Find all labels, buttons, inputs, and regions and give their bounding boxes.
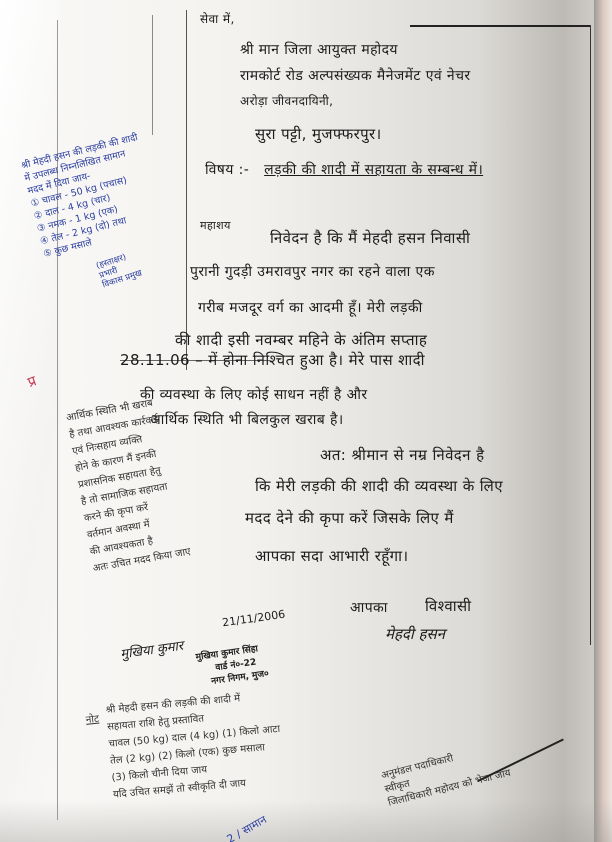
body-line-4: की शादी इसी नवम्बर महिने के अंतिम सप्ताह xyxy=(175,330,427,350)
margin-rule-top xyxy=(152,15,153,135)
salutation-to: सेवा में, xyxy=(200,10,235,27)
subject-line: विषय :- लड़की की शादी में सहायता के सम्ब… xyxy=(205,160,483,179)
applicant-signature: मेहदी हसन xyxy=(385,624,445,644)
body-line-7: आर्थिक स्थिति भी बिलकुल खराब है। xyxy=(150,410,344,429)
subject-text: लड़की की शादी में सहायता के सम्बन्ध में। xyxy=(264,162,483,178)
subject-label: विषय :- xyxy=(205,162,249,178)
frame-rule-top xyxy=(410,25,590,27)
request-line-2: कि मेरी लड़की की शादी की व्यवस्था के लिए xyxy=(255,476,503,496)
addressee-line-2: रामकोर्ट रोड अल्पसंख्यक मैनेजमेंट एवं ने… xyxy=(240,66,471,85)
page-bottom-shadow xyxy=(0,800,612,842)
body-line-2: पुरानी गुदड़ी उमरावपुर नगर का रहने वाला … xyxy=(190,262,435,281)
bottom-note-label: नोट xyxy=(85,711,100,726)
bottom-note: श्री मेहदी हसन की लड़की की शादी में सहाय… xyxy=(105,687,285,804)
body-line-1: निवेदन है कि मैं मेहदी हसन निवासी xyxy=(270,228,470,248)
signatory-name: विश्वासी xyxy=(425,596,471,616)
margin-rule-left xyxy=(57,20,58,820)
margin-rule-inner xyxy=(186,10,187,370)
addressee-line-3: अरोड़ा जीवनदायिनी, xyxy=(240,92,333,109)
addressee-line-4: सुरा पट्टी, मुजफ्फरपुर। xyxy=(255,124,382,144)
addressee-line-1: श्री मान जिला आयुक्त महोदय xyxy=(240,40,398,59)
body-line-6: की व्यवस्था के लिए कोई साधन नहीं है और xyxy=(140,385,367,404)
request-line-4: आपका सदा आभारी रहूँगा। xyxy=(255,546,408,566)
closing-label: आपका xyxy=(350,598,388,617)
bottom-note-label-text: नोट xyxy=(85,714,99,726)
frame-rule-right xyxy=(590,25,591,645)
body-line-3: गरीब मजदूर वर्ग का आदमी हूँ। मेरी लड़की xyxy=(198,298,423,317)
page-fold-shadow xyxy=(0,0,60,842)
request-line-1: अत: श्रीमान से नम्र निवेदन है xyxy=(320,445,484,465)
request-line-3: मदद देने की कृपा करें जिसके लिए मैं xyxy=(245,508,454,528)
greeting: महाशय xyxy=(200,218,231,233)
body-line-5: 28.11.06 – में होना निश्चित हुआ है। मेरे… xyxy=(120,350,425,370)
page-right-edge xyxy=(594,0,612,842)
